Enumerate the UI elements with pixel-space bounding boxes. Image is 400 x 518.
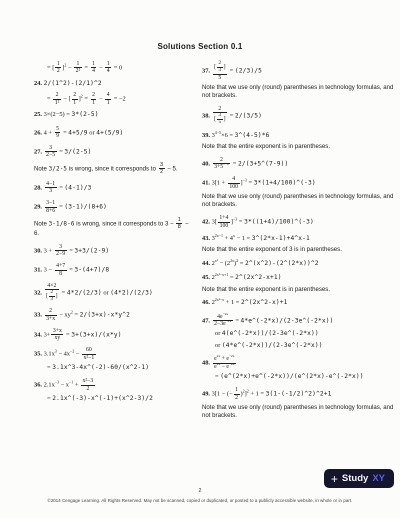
fraction-denominator: 2−9 bbox=[55, 251, 67, 257]
math-text: 3 bbox=[49, 188, 52, 194]
fraction-denominator: 2−5 bbox=[45, 152, 57, 158]
math-text: 2 bbox=[219, 60, 222, 66]
note-line: Note that the entire exponent is in pare… bbox=[202, 143, 394, 151]
math-text: 2 bbox=[56, 92, 59, 98]
solution-item: 25. 3×(2−5) = 3*(2-5) bbox=[34, 111, 192, 120]
tech-formula: (4*e^(-2*x))/(2-3e^(-2*x)) bbox=[222, 342, 323, 349]
item-number: 31. bbox=[34, 267, 42, 274]
fraction-denominator: 3 bbox=[49, 297, 55, 303]
superscript: 7−9 bbox=[223, 162, 229, 166]
copyright-line: ©2014 Cengage Learning. All Rights Reser… bbox=[0, 498, 400, 503]
math-text: − x bbox=[59, 382, 69, 389]
math-text: 100 bbox=[220, 223, 229, 229]
fraction-numerator: 1 bbox=[74, 61, 82, 68]
solution-item: 40. 23+57−9 = 2/(3+5^(7-9)) bbox=[202, 157, 394, 171]
fraction: 12 bbox=[55, 61, 61, 75]
fraction-denominator: 3 bbox=[217, 68, 223, 74]
math-text bbox=[42, 204, 44, 211]
math-text: = bbox=[228, 68, 235, 75]
math-text: 4 + bbox=[42, 129, 54, 136]
math-text: + 1 = bbox=[224, 299, 241, 306]
tech-formula: 2.1x^(-3)-x^(-1)+(x^2-3)/2 bbox=[52, 395, 153, 402]
fraction-denominator: 2 bbox=[234, 395, 240, 401]
math-line: 32. 4×2[23] = 4*2/(2/3) or (4*2)/(2/3) bbox=[34, 283, 192, 303]
tech-formula: 3(1-(-1/2)^2)^2+1 bbox=[266, 391, 332, 398]
tech-formula: 2^(x^2)-(2^(2*x))^2 bbox=[245, 260, 319, 267]
fraction: 12 bbox=[234, 387, 240, 401]
math-text: 1 bbox=[107, 100, 110, 106]
tech-formula: 3/2-5 bbox=[49, 166, 68, 172]
fraction: e2x + e−2xe2x − e−2x bbox=[213, 356, 236, 370]
solution-item: 49. 3[1 − (−12)2]2 + 1 = 3(1-(-1/2)^2)^2… bbox=[202, 387, 394, 420]
fraction: 1+4100 bbox=[218, 215, 230, 229]
math-line: 30. 3 + 32−9 = 3+3/(2-9) bbox=[34, 244, 192, 258]
math-text: = bbox=[234, 317, 241, 324]
fraction-numerator: 3+x bbox=[51, 328, 63, 335]
math-line: = 3.1x^3-4x^(-2)-60/(x^2-1) bbox=[34, 364, 192, 373]
math-text bbox=[42, 312, 44, 319]
fraction-denominator: 2 bbox=[159, 169, 165, 175]
item-number: 29. bbox=[34, 204, 42, 211]
solution-item: 47. 4e−2x2−3e−2x = 4*e^(-2*x)/(2-3e^(-2*… bbox=[202, 314, 394, 351]
note-line: Note that the entire exponent is in pare… bbox=[202, 286, 394, 294]
solution-item: 43. 32x−1 + 4x − 1 = 3^(2*x-1)+4^x-1Note… bbox=[202, 235, 394, 255]
studyxy-logo: + StudyXY bbox=[324, 469, 394, 488]
math-line: 45. 22x²−x+1 = 2^(2x^2-x+1) bbox=[202, 274, 394, 283]
solutions-columns: = [12]2 − 12² = 14 − 14 = 024. 2/(1^2)-(… bbox=[0, 51, 400, 426]
math-text: − bbox=[97, 95, 104, 102]
fraction-numerator: 5 bbox=[55, 126, 61, 133]
fraction: 32−9 bbox=[55, 244, 67, 258]
solution-item: 37. [23]5 = (2/3)/5Note that we use only… bbox=[202, 61, 394, 100]
fraction-numerator: 4+7 bbox=[55, 263, 67, 270]
tech-formula: 3+3/(2-9) bbox=[74, 247, 109, 254]
note-line: Note that we use only (round) parenthese… bbox=[202, 404, 394, 420]
math-text: − [ bbox=[62, 95, 71, 102]
math-text: ×6 = bbox=[221, 132, 235, 139]
tech-formula: 2/(3+x)-x*y^2 bbox=[80, 312, 130, 319]
math-text: Note that the entire exponent is in pare… bbox=[202, 143, 330, 150]
math-text: 1² bbox=[55, 100, 60, 106]
item-number: 45. bbox=[202, 274, 210, 281]
fraction-numerator: 3 bbox=[55, 244, 67, 251]
item-number: 40. bbox=[202, 160, 210, 167]
item-number: 49. bbox=[202, 391, 210, 398]
math-text: 1 bbox=[235, 387, 238, 393]
math-text: or bbox=[215, 342, 222, 349]
math-text: 4 bbox=[107, 92, 110, 98]
math-line: 27. 32−5 = 3/(2-5) bbox=[34, 145, 192, 159]
math-text: = bbox=[231, 160, 238, 167]
superscript: −2x bbox=[223, 312, 229, 316]
fraction-denominator: 4 bbox=[91, 68, 97, 74]
math-text: + 1 = bbox=[249, 391, 266, 398]
math-text: 1 bbox=[57, 61, 60, 67]
solution-item: 42. 3[1+4100]−3 = 3*((1+4)/100)^(-3) bbox=[202, 215, 394, 229]
math-text: xy bbox=[55, 335, 61, 341]
math-text: 4 bbox=[107, 68, 110, 74]
math-line: 39. 34−5×6 = 3^(4-5)*6 bbox=[202, 132, 394, 141]
math-text: − e bbox=[220, 364, 229, 370]
item-number: 32. bbox=[34, 289, 42, 296]
math-text: x²−3 bbox=[83, 378, 94, 384]
math-text: 2 bbox=[57, 68, 60, 74]
math-text: is wrong, since it corresponds to bbox=[67, 165, 157, 172]
fraction-numerator: 1+4 bbox=[218, 215, 230, 222]
math-text: = bbox=[228, 112, 235, 119]
math-text: = [ bbox=[47, 64, 54, 71]
fraction-denominator: e2x − e−2x bbox=[213, 364, 236, 370]
fraction-denominator: 2 bbox=[81, 386, 95, 392]
math-text bbox=[210, 160, 212, 167]
math-text: [ bbox=[46, 294, 48, 300]
fraction: 23 bbox=[217, 61, 223, 74]
item-number: 33. bbox=[34, 312, 42, 319]
math-text: ] bbox=[224, 65, 226, 71]
math-text: or bbox=[102, 289, 111, 296]
item-number: 44. bbox=[202, 260, 210, 267]
math-text: 4+7 bbox=[56, 263, 65, 269]
math-text: − bbox=[74, 351, 81, 358]
tech-formula: (3-1)/(8+6) bbox=[64, 204, 107, 211]
math-text: 2 bbox=[49, 308, 52, 314]
fraction-numerator: 4 bbox=[105, 92, 111, 99]
math-text: 2 bbox=[51, 289, 54, 295]
fraction: 14 bbox=[105, 61, 111, 75]
fraction-denominator: 2−3e−2x bbox=[213, 321, 233, 327]
math-text: 1+4 bbox=[219, 215, 228, 221]
fraction-numerator: 3−1 bbox=[45, 200, 57, 207]
note-line: Note 3-1/8-6 is wrong, since it correspo… bbox=[34, 217, 192, 239]
math-line: = [12]2 − 12² = 14 − 14 = 0 bbox=[34, 61, 192, 75]
fraction: 18 bbox=[176, 217, 182, 230]
math-text: 2−9 bbox=[56, 251, 65, 257]
fraction: 23+57−9 bbox=[213, 157, 231, 171]
solution-item: 45. 22x²−x+1 = 2^(2x^2-x+1)Note that the… bbox=[202, 274, 394, 294]
document-page: Solutions Section 0.1 = [12]2 − 12² = 14… bbox=[0, 0, 400, 518]
fraction-numerator: 2 bbox=[53, 92, 61, 99]
item-number: 37. bbox=[202, 68, 210, 75]
math-text: = bbox=[73, 312, 80, 319]
math-text bbox=[210, 68, 212, 75]
solution-item: 26. 4 + 59 = 4+5/9 or 4+(5/9) bbox=[34, 126, 192, 140]
fraction-denominator: [23] bbox=[45, 290, 59, 303]
tech-formula: 4+(5/9) bbox=[96, 129, 123, 136]
math-text: 1 bbox=[107, 61, 110, 67]
item-number: 47. bbox=[202, 317, 210, 324]
math-text: − 5. bbox=[166, 165, 178, 172]
solution-item: 41. 3[1 + 4100]−3 = 3*(1+4/100)^(-3)Note… bbox=[202, 176, 394, 209]
fraction: 23+x bbox=[45, 308, 57, 322]
math-text: 3 bbox=[160, 162, 163, 168]
math-text: − bbox=[66, 64, 73, 71]
math-text: 4×2 bbox=[47, 283, 56, 289]
math-line: 35. 3.1x3 − 4x−2 − 60x²−1 bbox=[34, 347, 192, 361]
fraction: 4e−2x2−3e−2x bbox=[213, 314, 233, 328]
math-text: 1 bbox=[92, 100, 95, 106]
note-line: Note that we use only (round) parenthese… bbox=[202, 84, 394, 100]
fraction: 21 bbox=[91, 92, 97, 106]
fraction: 21 bbox=[72, 92, 78, 106]
tech-formula: 3-1/8-6 bbox=[49, 221, 75, 227]
fraction: [23]5 bbox=[213, 61, 227, 81]
solution-item: 35. 3.1x3 − 4x−2 − 60x²−1= 3.1x^3-4x^(-2… bbox=[34, 347, 192, 373]
fraction: 32−5 bbox=[45, 145, 57, 159]
math-line: 47. 4e−2x2−3e−2x = 4*e^(-2*x)/(2-3e^(-2*… bbox=[202, 314, 394, 328]
left-column: = [12]2 − 12² = 14 − 14 = 024. 2/(1^2)-(… bbox=[34, 61, 192, 426]
tech-formula: 2/(3+5^(7-9)) bbox=[238, 160, 288, 167]
math-line: 31. 3 − 4+78 = 3-(4+7)/8 bbox=[34, 263, 192, 277]
math-text: 2² bbox=[76, 68, 81, 74]
superscript: 2x−1 bbox=[215, 232, 223, 237]
solution-item: 31. 3 − 4+78 = 3-(4+7)/8 bbox=[34, 263, 192, 277]
math-line: or 4(e^(-2*x))/(2-3e^(-2*x)) bbox=[202, 330, 394, 339]
solution-item: = [12]2 − 12² = 14 − 14 = 0 bbox=[34, 61, 192, 75]
fraction: 4100 bbox=[228, 176, 240, 190]
math-text: 3 − bbox=[42, 267, 54, 274]
fraction: 41 bbox=[105, 92, 111, 106]
item-number: 24. bbox=[34, 80, 42, 87]
math-text: 3−1 bbox=[46, 200, 55, 206]
math-line: 34. 3+3+xxy = 3+(3+x)/(x*y) bbox=[34, 328, 192, 342]
note-line: Note 3/2-5 is wrong, since it correspond… bbox=[34, 162, 192, 175]
fraction-denominator: 2 bbox=[55, 68, 61, 74]
math-text: 3 bbox=[49, 145, 52, 151]
fraction-denominator: 3+x bbox=[45, 316, 57, 322]
page-title: Solutions Section 0.1 bbox=[0, 0, 400, 51]
math-text: [ bbox=[214, 117, 216, 123]
math-text: 2 bbox=[235, 395, 238, 401]
math-line: 36. 2.1x−3 − x−1 + x²−32 bbox=[34, 378, 192, 392]
math-text: 3+ bbox=[42, 331, 50, 338]
math-text: or bbox=[215, 330, 222, 337]
fraction: x²−32 bbox=[81, 378, 95, 392]
math-text: = bbox=[83, 64, 90, 71]
math-text: = bbox=[238, 260, 245, 267]
item-number: 27. bbox=[34, 148, 42, 155]
math-text bbox=[42, 289, 44, 296]
math-text: + bbox=[73, 382, 80, 389]
solution-item: 38. 2[35] = 2/(3/5) bbox=[202, 106, 394, 126]
math-text: [ bbox=[214, 65, 216, 71]
solution-item: 33. 23+x − xy2 = 2/(3+x)-x*y^2 bbox=[34, 308, 192, 322]
math-text: ] bbox=[56, 294, 58, 300]
math-text: 3 bbox=[219, 67, 222, 73]
math-line: 44. 2x² − (22x)2 = 2^(x^2)-(2^(2*x))^2 bbox=[202, 260, 394, 269]
math-text: 3 bbox=[59, 244, 62, 250]
fraction-numerator: 1 bbox=[91, 61, 97, 68]
fraction-numerator: 3 bbox=[159, 162, 165, 169]
math-text: − xy bbox=[58, 312, 71, 319]
fraction-denominator: 2² bbox=[74, 68, 82, 74]
math-line: 25. 3×(2−5) = 3*(2-5) bbox=[34, 111, 192, 120]
math-line: 41. 3[1 + 4100]−3 = 3*(1+4/100)^(-3) bbox=[202, 176, 394, 190]
math-text: 4−1 bbox=[46, 181, 55, 187]
math-text bbox=[42, 184, 44, 191]
note-line: Note that we use only (round) parenthese… bbox=[202, 193, 394, 209]
tech-formula: 3^(2*x-1)+4^x-1 bbox=[252, 235, 310, 242]
math-text: Note that we use only (round) parenthese… bbox=[202, 84, 393, 99]
math-text: Note that we use only (round) parenthese… bbox=[202, 404, 393, 419]
math-text bbox=[210, 360, 212, 367]
math-text: 2 bbox=[73, 92, 76, 98]
math-line: 26. 4 + 59 = 4+5/9 or 4+(5/9) bbox=[34, 126, 192, 140]
fraction-numerator: 2 bbox=[45, 308, 57, 315]
math-line: 43. 32x−1 + 4x − 1 = 3^(2*x-1)+4^x-1 bbox=[202, 235, 394, 244]
item-number: 43. bbox=[202, 235, 210, 242]
math-text: 1 bbox=[77, 61, 80, 67]
math-text: − (2 bbox=[218, 260, 230, 267]
fraction-numerator: 4−1 bbox=[45, 181, 57, 188]
solution-item: 24. 2/(1^2)-(2/1)^2= 21² − [21]2 = 21 − … bbox=[34, 80, 192, 106]
fraction-denominator: [35] bbox=[213, 113, 227, 126]
math-text: 9 bbox=[56, 133, 59, 139]
note-line: Note that the entire exponent of 3 is in… bbox=[202, 246, 394, 254]
fraction-numerator: 2 bbox=[72, 92, 78, 99]
math-text: = bbox=[247, 180, 254, 187]
math-text: 3 + bbox=[42, 247, 54, 254]
math-line: 38. 2[35] = 2/(3/5) bbox=[202, 106, 394, 126]
fraction-denominator: 1 bbox=[72, 100, 78, 106]
math-text: 5 bbox=[56, 126, 59, 132]
math-text: 4 bbox=[232, 176, 235, 182]
fraction-numerator: 1 bbox=[176, 217, 182, 224]
math-text: 5 bbox=[219, 119, 222, 125]
fraction-numerator: 2 bbox=[91, 92, 97, 99]
math-text bbox=[42, 148, 44, 155]
math-text: = bbox=[47, 95, 52, 102]
math-line: 33. 23+x − xy2 = 2/(3+x)-x*y^2 bbox=[34, 308, 192, 322]
math-text: ] bbox=[224, 117, 226, 123]
item-number: 30. bbox=[34, 247, 42, 254]
math-text: 3.1x bbox=[42, 351, 55, 358]
math-text: x²−1 bbox=[84, 355, 95, 361]
tech-formula: 3.1x^3-4x^(-2)-60/(x^2-1) bbox=[52, 364, 149, 371]
fraction-denominator: 1 bbox=[105, 100, 111, 106]
fraction-denominator: 5 bbox=[213, 75, 227, 81]
math-text bbox=[210, 112, 212, 119]
math-text: 100 bbox=[229, 184, 238, 190]
right-column: 37. [23]5 = (2/3)/5Note that we use only… bbox=[202, 61, 394, 426]
math-text: 8 bbox=[178, 224, 181, 230]
fraction-denominator: 1² bbox=[53, 100, 61, 106]
math-text: 3[1 − (− bbox=[210, 391, 233, 398]
fraction: 12² bbox=[74, 61, 82, 75]
fraction: 35 bbox=[217, 113, 223, 126]
tech-formula: 4*2/(2/3) bbox=[67, 289, 102, 296]
logo-xy-text: XY bbox=[372, 473, 385, 484]
fraction: 3−18+6 bbox=[45, 200, 57, 214]
item-number: 38. bbox=[202, 112, 210, 119]
math-text: 2−3e bbox=[214, 321, 226, 327]
superscript: −2x bbox=[226, 319, 232, 323]
math-text: 2 bbox=[160, 169, 163, 175]
tech-formula: 3/(2-5) bbox=[64, 148, 91, 155]
math-line: = 2.1x^(-3)-x^(-1)+(x^2-3)/2 bbox=[34, 395, 192, 404]
math-text: + 4 bbox=[223, 235, 233, 242]
math-text: + e bbox=[220, 356, 229, 362]
tech-formula: 3^(4-5)*6 bbox=[235, 132, 270, 139]
math-text: 8 bbox=[59, 271, 62, 277]
math-text: 1 bbox=[178, 217, 181, 223]
fraction-denominator: 5 bbox=[217, 120, 223, 126]
math-line: or (4*e^(-2*x))/(2-3e^(-2*x)) bbox=[202, 342, 394, 351]
math-text: = 0 bbox=[112, 64, 122, 71]
fraction-numerator: 60 bbox=[82, 347, 96, 354]
fraction-denominator: 100 bbox=[228, 184, 240, 190]
fraction-denominator: xy bbox=[51, 335, 63, 341]
math-text: Note that the entire exponent of 3 is in… bbox=[202, 246, 342, 253]
math-text: is wrong, since it corresponds to 3 − bbox=[75, 220, 176, 227]
fraction: 59 bbox=[55, 126, 61, 140]
tech-formula: 2/(1^2)-(2/1)^2 bbox=[44, 80, 102, 87]
fraction-denominator: 9 bbox=[55, 133, 61, 139]
tech-formula: 4+5/9 bbox=[68, 129, 87, 136]
math-line: 37. [23]5 = (2/3)/5 bbox=[202, 61, 394, 81]
math-text: Note bbox=[34, 220, 49, 227]
solution-item: 48. e2x + e−2xe2x − e−2x= (e^(2*x)+e^(-2… bbox=[202, 356, 394, 382]
math-line: 49. 3[1 − (−12)2]2 + 1 = 3(1-(-1/2)^2)^2… bbox=[202, 387, 394, 401]
item-number: 41. bbox=[202, 180, 210, 187]
tech-formula: (e^(2*x)+e^(-2*x))/(e^(2*x)-e^(-2*x)) bbox=[220, 373, 363, 380]
math-line: = (e^(2*x)+e^(-2*x))/(e^(2*x)-e^(-2*x)) bbox=[202, 373, 394, 382]
math-text: = −2 bbox=[112, 95, 126, 102]
fraction-denominator: x²−1 bbox=[82, 355, 96, 361]
tech-formula: (2/3)/5 bbox=[235, 68, 262, 75]
item-number: 28. bbox=[34, 184, 42, 191]
math-line: 46. 22x²−x + 1 = 2^(2x^2-x)+1 bbox=[202, 299, 394, 308]
math-text: 2 bbox=[86, 386, 89, 392]
superscript: 2x²−x bbox=[215, 297, 224, 302]
fraction-numerator: 4 bbox=[228, 176, 240, 183]
tech-formula: 3-(4+7)/8 bbox=[74, 267, 109, 274]
fraction-denominator: 3+57−9 bbox=[213, 164, 231, 170]
superscript: −2x bbox=[229, 354, 235, 358]
math-text: 1 bbox=[73, 100, 76, 106]
math-text: − 1 = bbox=[235, 235, 252, 242]
fraction: 3+xxy bbox=[51, 328, 63, 342]
fraction: 14 bbox=[91, 61, 97, 75]
math-text: 3×(2−5) = bbox=[42, 111, 71, 118]
math-line: 48. e2x + e−2xe2x − e−2x bbox=[202, 356, 394, 370]
tech-formula: 3*((1+4)/100)^(-3) bbox=[244, 219, 314, 226]
tech-formula: (4*2)/(2/3) bbox=[110, 289, 153, 296]
math-text: − 4x bbox=[57, 351, 70, 358]
superscript: 2x²−x+1 bbox=[215, 272, 229, 277]
item-number: 26. bbox=[34, 129, 42, 136]
tech-formula: 4(e^(-2*x))/(2-3e^(-2*x)) bbox=[222, 330, 319, 337]
plus-icon: + bbox=[331, 474, 338, 484]
math-text: 2.1x bbox=[42, 382, 55, 389]
math-text: 3 bbox=[51, 296, 54, 302]
math-line: 28. 4−13 = (4-1)/3 bbox=[34, 181, 192, 195]
fraction: 2[35] bbox=[213, 106, 227, 126]
math-text: 3 bbox=[219, 112, 222, 118]
item-number: 39. bbox=[202, 132, 210, 139]
math-text: Note that we use only (round) parenthese… bbox=[202, 193, 393, 208]
math-text: 1 bbox=[92, 61, 95, 67]
solution-item: 34. 3+3+xxy = 3+(3+x)/(x*y) bbox=[34, 328, 192, 342]
math-text: 60 bbox=[86, 347, 92, 353]
tech-formula: 4*e^(-2*x)/(2-3e^(-2*x)) bbox=[241, 317, 334, 324]
fraction: 60x²−1 bbox=[82, 347, 96, 361]
fraction-denominator: 1 bbox=[91, 100, 97, 106]
fraction-denominator: 100 bbox=[218, 223, 230, 229]
math-line: 24. 2/(1^2)-(2/1)^2 bbox=[34, 80, 192, 89]
solution-item: 44. 2x² − (22x)2 = 2^(x^2)-(2^(2*x))^2 bbox=[202, 260, 394, 269]
tech-formula: 2^(2x^2-x+1) bbox=[235, 274, 282, 281]
fraction: 32 bbox=[159, 162, 165, 175]
